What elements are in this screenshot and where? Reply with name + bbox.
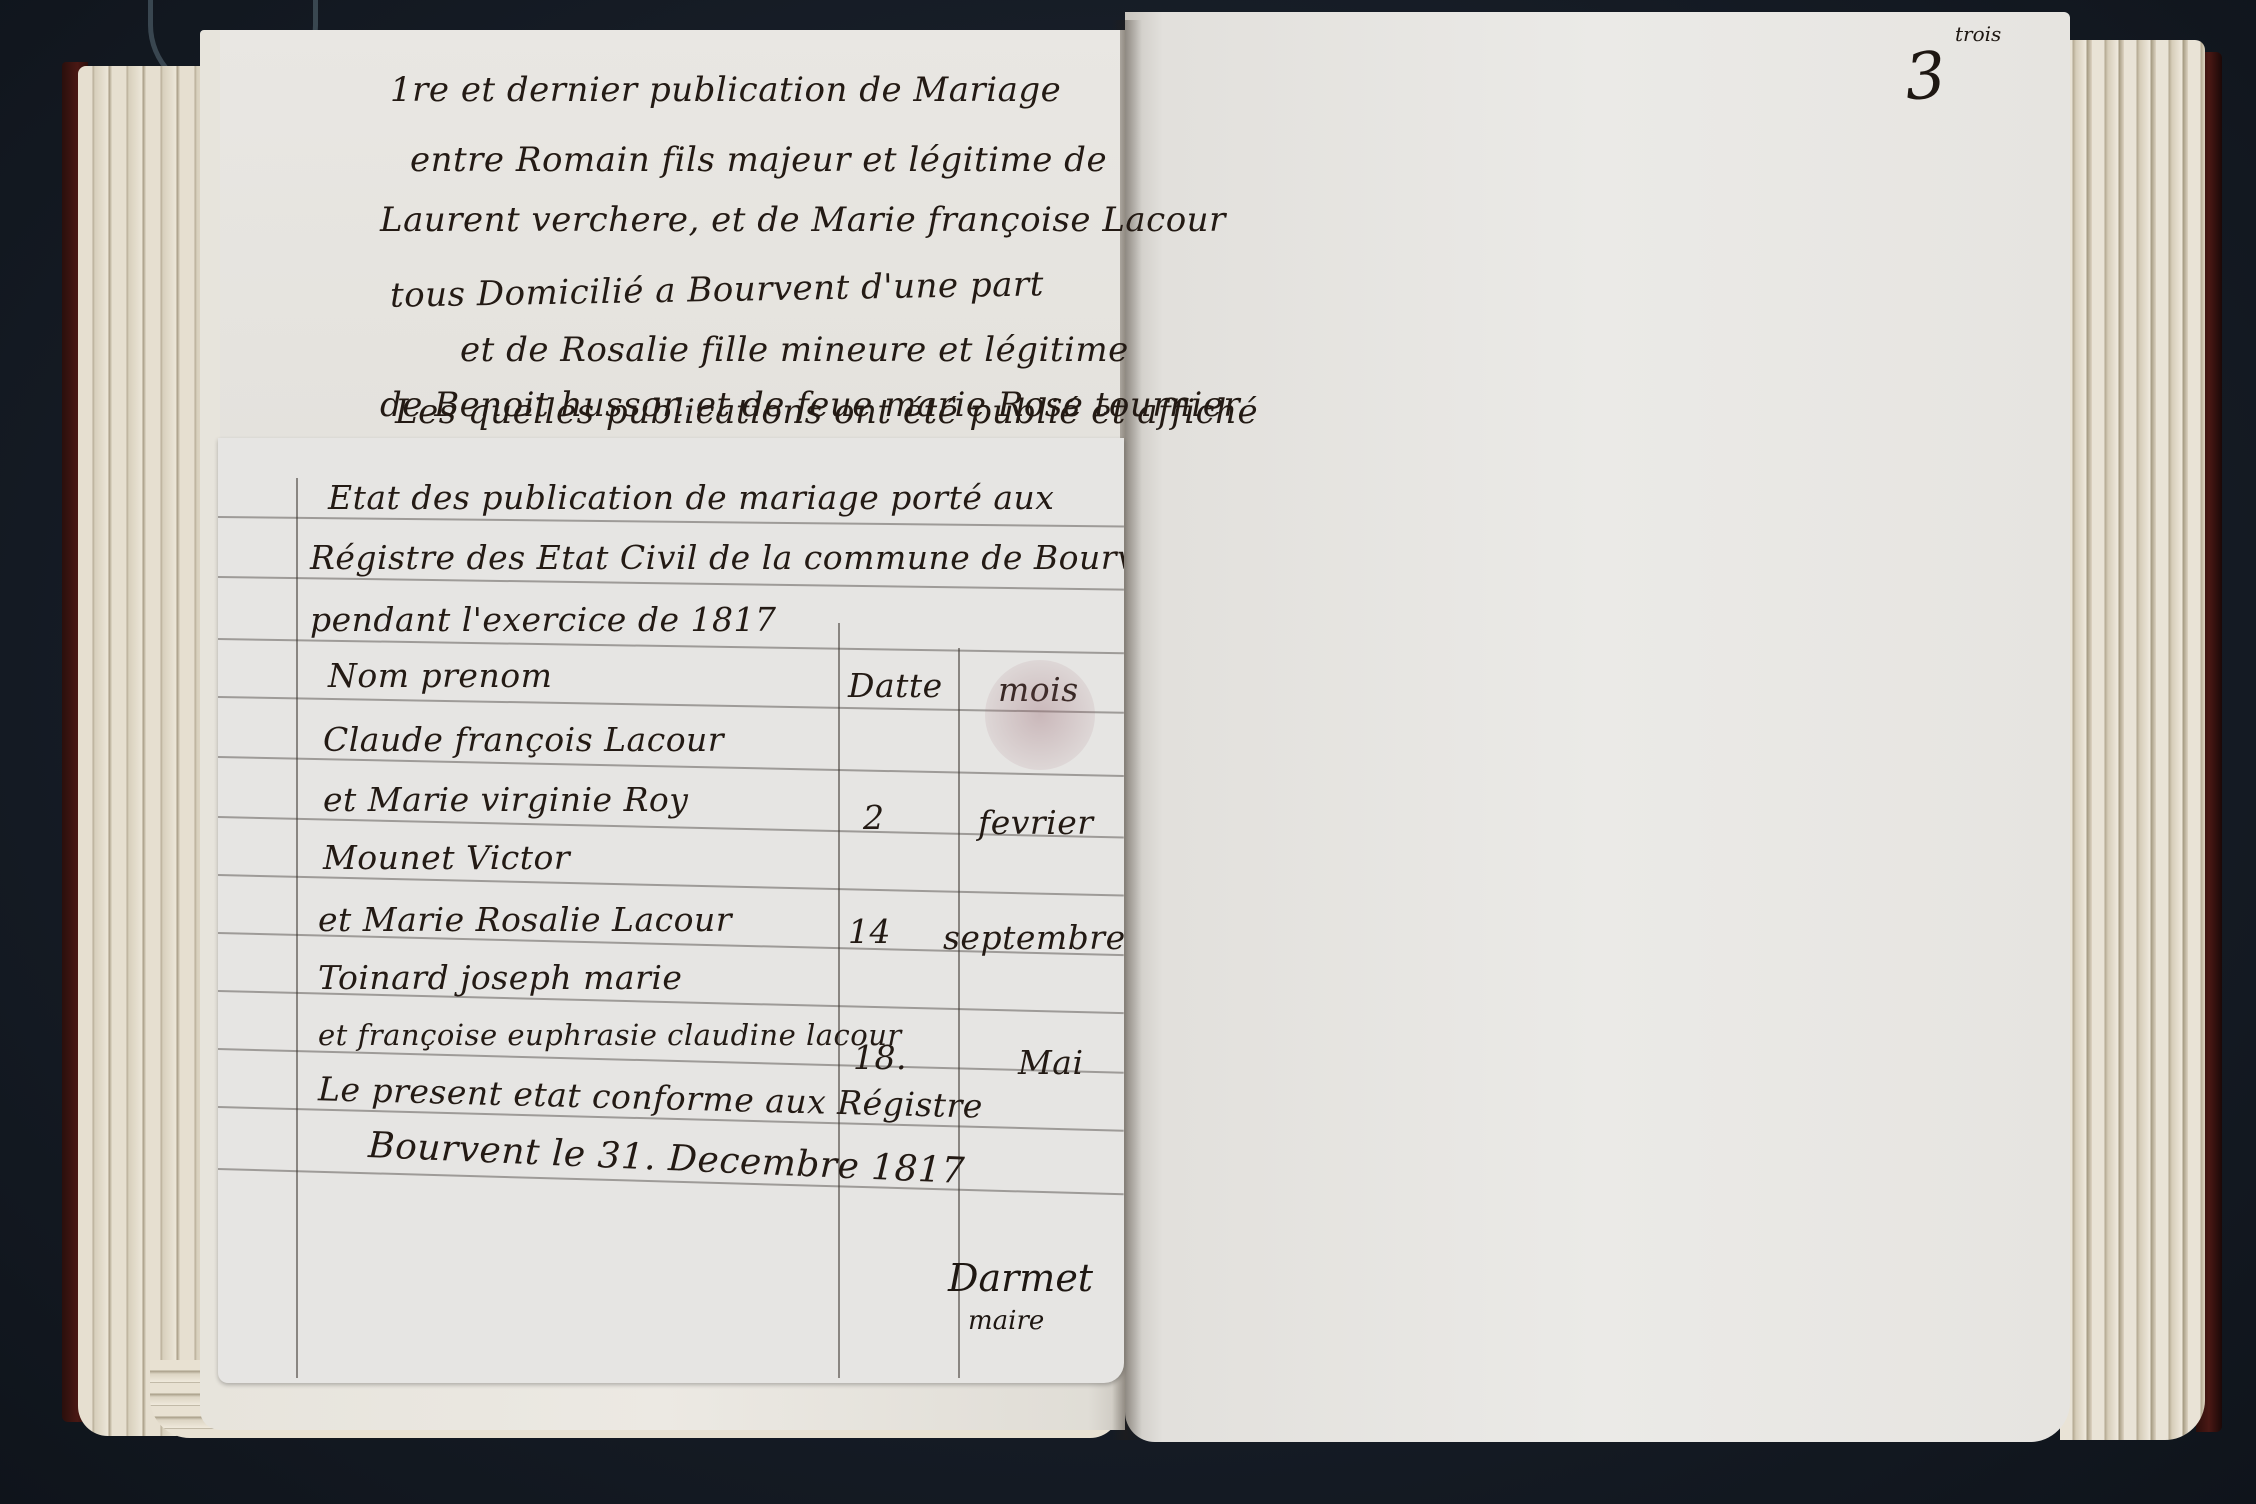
- entry-line: et de Rosalie fille mineure et légitime: [460, 330, 1129, 370]
- ruled-line: [218, 638, 1124, 654]
- sheet-title-line: Etat des publication de mariage porté au…: [328, 478, 1054, 517]
- row-name: et Marie virginie Roy: [323, 780, 688, 819]
- ruled-line: [218, 576, 1124, 591]
- ruled-line: [218, 516, 1124, 527]
- entry-line: entre Romain fils majeur et légitime de: [410, 140, 1107, 180]
- signature-name: Darmet: [948, 1256, 1093, 1300]
- ink-stamp: [985, 660, 1095, 770]
- folio-label: trois: [1955, 22, 2001, 46]
- row-name: Mounet Victor: [323, 838, 570, 877]
- sheet-title-line: Régistre des Etat Civil de la commune de…: [310, 538, 1124, 577]
- entry-line: Les quelles publications ont été publié …: [395, 392, 1258, 432]
- entry-line: tous Domicilié a Bourvent d'une part: [390, 264, 1044, 315]
- ruled-line: [218, 756, 1124, 777]
- ruled-line: [218, 874, 1124, 897]
- margin-line: [296, 478, 298, 1378]
- upper-entry: 1re et dernier publication de Mariage en…: [220, 30, 1120, 442]
- row-date: 14: [848, 912, 891, 951]
- row-month: Mai: [1018, 1043, 1084, 1082]
- entry-line: Laurent verchere, et de Marie françoise …: [380, 200, 1226, 240]
- row-name: Toinard joseph marie: [318, 958, 682, 997]
- column-divider: [838, 623, 840, 1378]
- row-month: fevrier: [978, 803, 1094, 842]
- signature-title: maire: [968, 1306, 1044, 1336]
- inserted-sheet: Etat des publication de mariage porté au…: [218, 438, 1124, 1383]
- row-date: 18.: [853, 1038, 907, 1077]
- folio-number: 3: [1902, 38, 1949, 115]
- entry-heading: 1re et dernier publication de Mariage: [390, 70, 1061, 110]
- column-header-name: Nom prenom: [328, 656, 552, 695]
- row-name: et françoise euphrasie claudine lacour: [318, 1018, 902, 1052]
- sheet-title-line: pendant l'exercice de 1817: [310, 600, 776, 639]
- row-name: Claude françois Lacour: [323, 720, 724, 759]
- row-month: septembre: [943, 918, 1124, 957]
- row-date: 2: [863, 798, 885, 837]
- column-header-date: Datte: [848, 666, 943, 705]
- row-name: et Marie Rosalie Lacour: [318, 900, 732, 939]
- page-stack-right: [2060, 40, 2205, 1440]
- right-page: [1125, 12, 2070, 1442]
